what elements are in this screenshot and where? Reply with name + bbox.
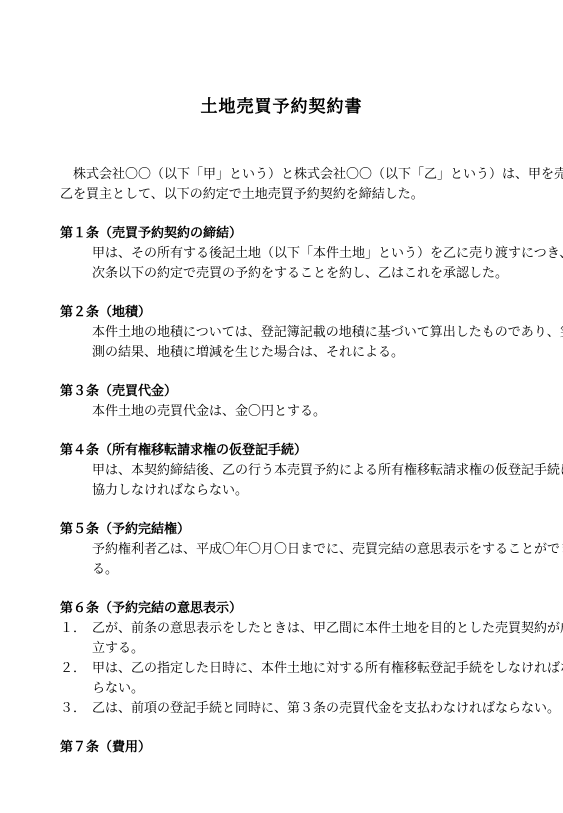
item-line: 乙は、前項の登記手続と同時に、第３条の売買代金を支払わなければならない。 — [92, 698, 523, 718]
item-number: １． — [60, 618, 92, 638]
article-6: 第６条（予約完結の意思表示） １． 乙が、前条の意思表示をしたときは、甲乙間に本… — [60, 598, 523, 718]
item-number: ３． — [60, 698, 92, 718]
contract-document-page: 土地売買予約契約書 株式会社〇〇（以下「甲」という）と株式会社〇〇（以下「乙」と… — [0, 0, 563, 813]
item-line: 立する。 — [92, 638, 523, 658]
item-line: 甲は、乙の指定した日時に、本件土地に対する所有権移転登記手続をしなければな — [92, 658, 523, 678]
item-text: 甲は、乙の指定した日時に、本件土地に対する所有権移転登記手続をしなければな らな… — [92, 658, 523, 698]
article-7: 第７条（費用） — [60, 737, 523, 757]
item-number: ２． — [60, 658, 92, 678]
article-6-heading: 第６条（予約完結の意思表示） — [60, 598, 523, 618]
item-text: 乙が、前条の意思表示をしたときは、甲乙間に本件土地を目的とした売買契約が成 立す… — [92, 618, 523, 658]
document-title: 土地売買予約契約書 — [0, 0, 563, 118]
article-4-heading: 第４条（所有権移転請求権の仮登記手続） — [60, 440, 523, 460]
article-5-body: 予約権利者乙は、平成〇年〇月〇日までに、売買完結の意思表示をすることができ る。 — [92, 539, 523, 579]
article-body-line: る。 — [92, 559, 523, 579]
article-2-heading: 第２条（地積） — [60, 302, 523, 322]
article-body-line: 本件土地の売買代金は、金〇円とする。 — [92, 401, 523, 421]
article-6-item-1: １． 乙が、前条の意思表示をしたときは、甲乙間に本件土地を目的とした売買契約が成… — [60, 618, 523, 658]
article-body-line: 次条以下の約定で売買の予約をすることを約し、乙はこれを承認した。 — [92, 263, 523, 283]
item-line: らない。 — [92, 678, 523, 698]
article-3-heading: 第３条（売買代金） — [60, 381, 523, 401]
preamble-line: 乙を買主として、以下の約定で土地売買予約契約を締結した。 — [60, 184, 523, 204]
article-6-item-3: ３． 乙は、前項の登記手続と同時に、第３条の売買代金を支払わなければならない。 — [60, 698, 523, 718]
item-text: 乙は、前項の登記手続と同時に、第３条の売買代金を支払わなければならない。 — [92, 698, 523, 718]
article-body-line: 測の結果、地積に増減を生じた場合は、それによる。 — [92, 342, 523, 362]
article-3-body: 本件土地の売買代金は、金〇円とする。 — [92, 401, 523, 421]
article-4: 第４条（所有権移転請求権の仮登記手続） 甲は、本契約締結後、乙の行う本売買予約に… — [60, 440, 523, 500]
article-5: 第５条（予約完結権） 予約権利者乙は、平成〇年〇月〇日までに、売買完結の意思表示… — [60, 519, 523, 579]
article-5-heading: 第５条（予約完結権） — [60, 519, 523, 539]
article-body-line: 予約権利者乙は、平成〇年〇月〇日までに、売買完結の意思表示をすることができ — [92, 539, 523, 559]
article-body-line: 本件土地の地積については、登記簿記載の地積に基づいて算出したものであり、実 — [92, 322, 523, 342]
article-6-item-2: ２． 甲は、乙の指定した日時に、本件土地に対する所有権移転登記手続をしなければな… — [60, 658, 523, 698]
preamble-line: 株式会社〇〇（以下「甲」という）と株式会社〇〇（以下「乙」という）は、甲を売主、 — [60, 164, 523, 184]
article-body-line: 甲は、本契約締結後、乙の行う本売買予約による所有権移転請求権の仮登記手続に — [92, 460, 523, 480]
article-body-line: 協力しなければならない。 — [92, 480, 523, 500]
item-line: 乙が、前条の意思表示をしたときは、甲乙間に本件土地を目的とした売買契約が成 — [92, 618, 523, 638]
preamble-paragraph: 株式会社〇〇（以下「甲」という）と株式会社〇〇（以下「乙」という）は、甲を売主、… — [60, 164, 523, 204]
article-2-body: 本件土地の地積については、登記簿記載の地積に基づいて算出したものであり、実 測の… — [92, 322, 523, 362]
article-1-heading: 第１条（売買予約契約の締結） — [60, 223, 523, 243]
article-1: 第１条（売買予約契約の締結） 甲は、その所有する後記土地（以下「本件土地」という… — [60, 223, 523, 283]
article-body-line: 甲は、その所有する後記土地（以下「本件土地」という）を乙に売り渡すにつき、 — [92, 243, 523, 263]
document-content: 株式会社〇〇（以下「甲」という）と株式会社〇〇（以下「乙」という）は、甲を売主、… — [60, 164, 523, 757]
article-4-body: 甲は、本契約締結後、乙の行う本売買予約による所有権移転請求権の仮登記手続に 協力… — [92, 460, 523, 500]
article-2: 第２条（地積） 本件土地の地積については、登記簿記載の地積に基づいて算出したもの… — [60, 302, 523, 362]
article-7-heading: 第７条（費用） — [60, 737, 523, 757]
article-1-body: 甲は、その所有する後記土地（以下「本件土地」という）を乙に売り渡すにつき、 次条… — [92, 243, 523, 283]
article-3: 第３条（売買代金） 本件土地の売買代金は、金〇円とする。 — [60, 381, 523, 421]
